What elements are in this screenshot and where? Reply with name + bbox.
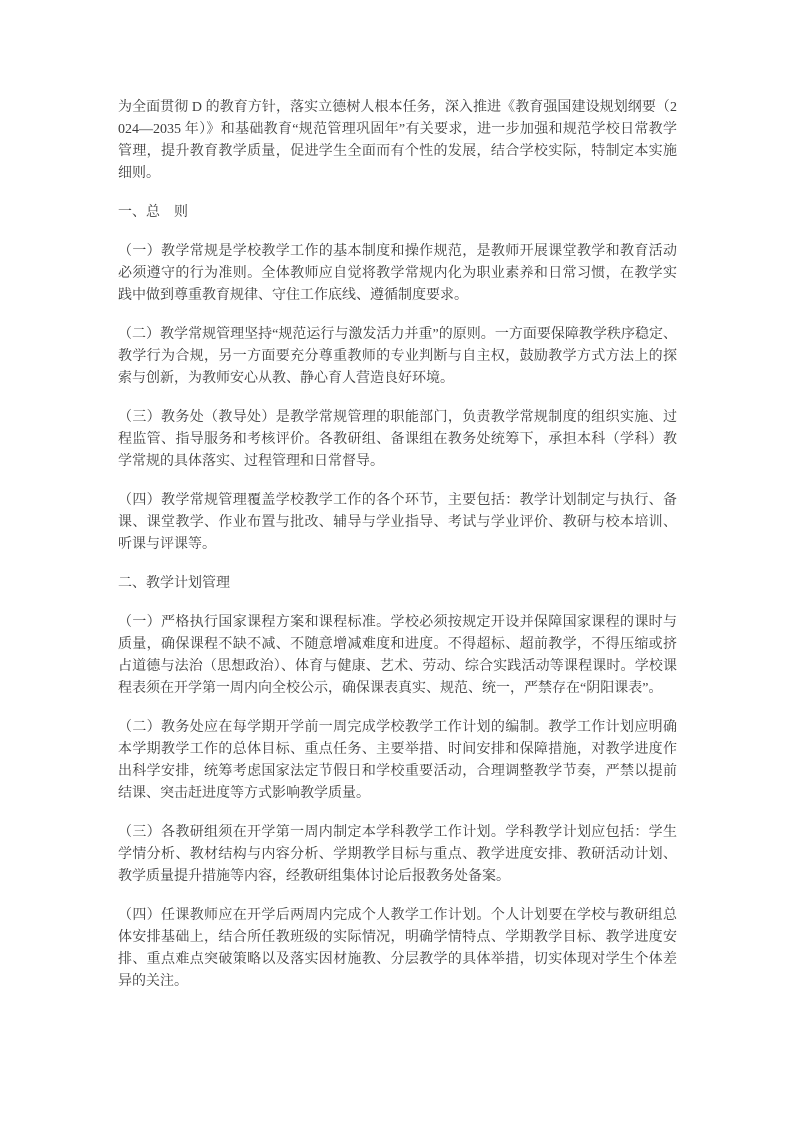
section-teaching-plan-management-paragraph-2: （二）教务处应在每学期开学前一周完成学校教学工作计划的编制。教学工作计划应明确本… (118, 717, 677, 805)
section-teaching-plan-management: 二、教学计划管理 （一）严格执行国家课程方案和课程标准。学校必须按规定开设并保障… (118, 573, 677, 993)
section-general-rules-paragraph-2: （二）教学常规管理坚持“规范运行与激发活力并重”的原则。一方面要保障教学秩序稳定… (118, 324, 677, 390)
intro-paragraph: 为全面贯彻 D 的教育方针，落实立德树人根本任务，深入推进《教育强国建设规划纲要… (118, 97, 677, 185)
section-general-rules-paragraph-3: （三）教务处（教导处）是教学常规管理的职能部门，负责教学常规制度的组织实施、过程… (118, 407, 677, 473)
section-general-rules-paragraph-4: （四）教学常规管理覆盖学校教学工作的各个环节，主要包括：教学计划制定与执行、备课… (118, 490, 677, 556)
section-general-rules-heading: 一、总 则 (118, 202, 677, 224)
document-page: 为全面贯彻 D 的教育方针，落实立德树人根本任务，深入推进《教育强国建设规划纲要… (0, 0, 793, 1122)
section-teaching-plan-management-paragraph-4: （四）任课教师应在开学后两周内完成个人教学工作计划。个人计划要在学校与教研组总体… (118, 905, 677, 993)
section-teaching-plan-management-paragraph-1: （一）严格执行国家课程方案和课程标准。学校必须按规定开设并保障国家课程的课时与质… (118, 612, 677, 700)
section-general-rules: 一、总 则 （一）教学常规是学校教学工作的基本制度和操作规范，是教师开展课堂教学… (118, 202, 677, 556)
section-teaching-plan-management-heading: 二、教学计划管理 (118, 573, 677, 595)
section-teaching-plan-management-paragraph-3: （三）各教研组须在开学第一周内制定本学科教学工作计划。学科教学计划应包括：学生学… (118, 822, 677, 888)
section-general-rules-paragraph-1: （一）教学常规是学校教学工作的基本制度和操作规范，是教师开展课堂教学和教育活动必… (118, 241, 677, 307)
